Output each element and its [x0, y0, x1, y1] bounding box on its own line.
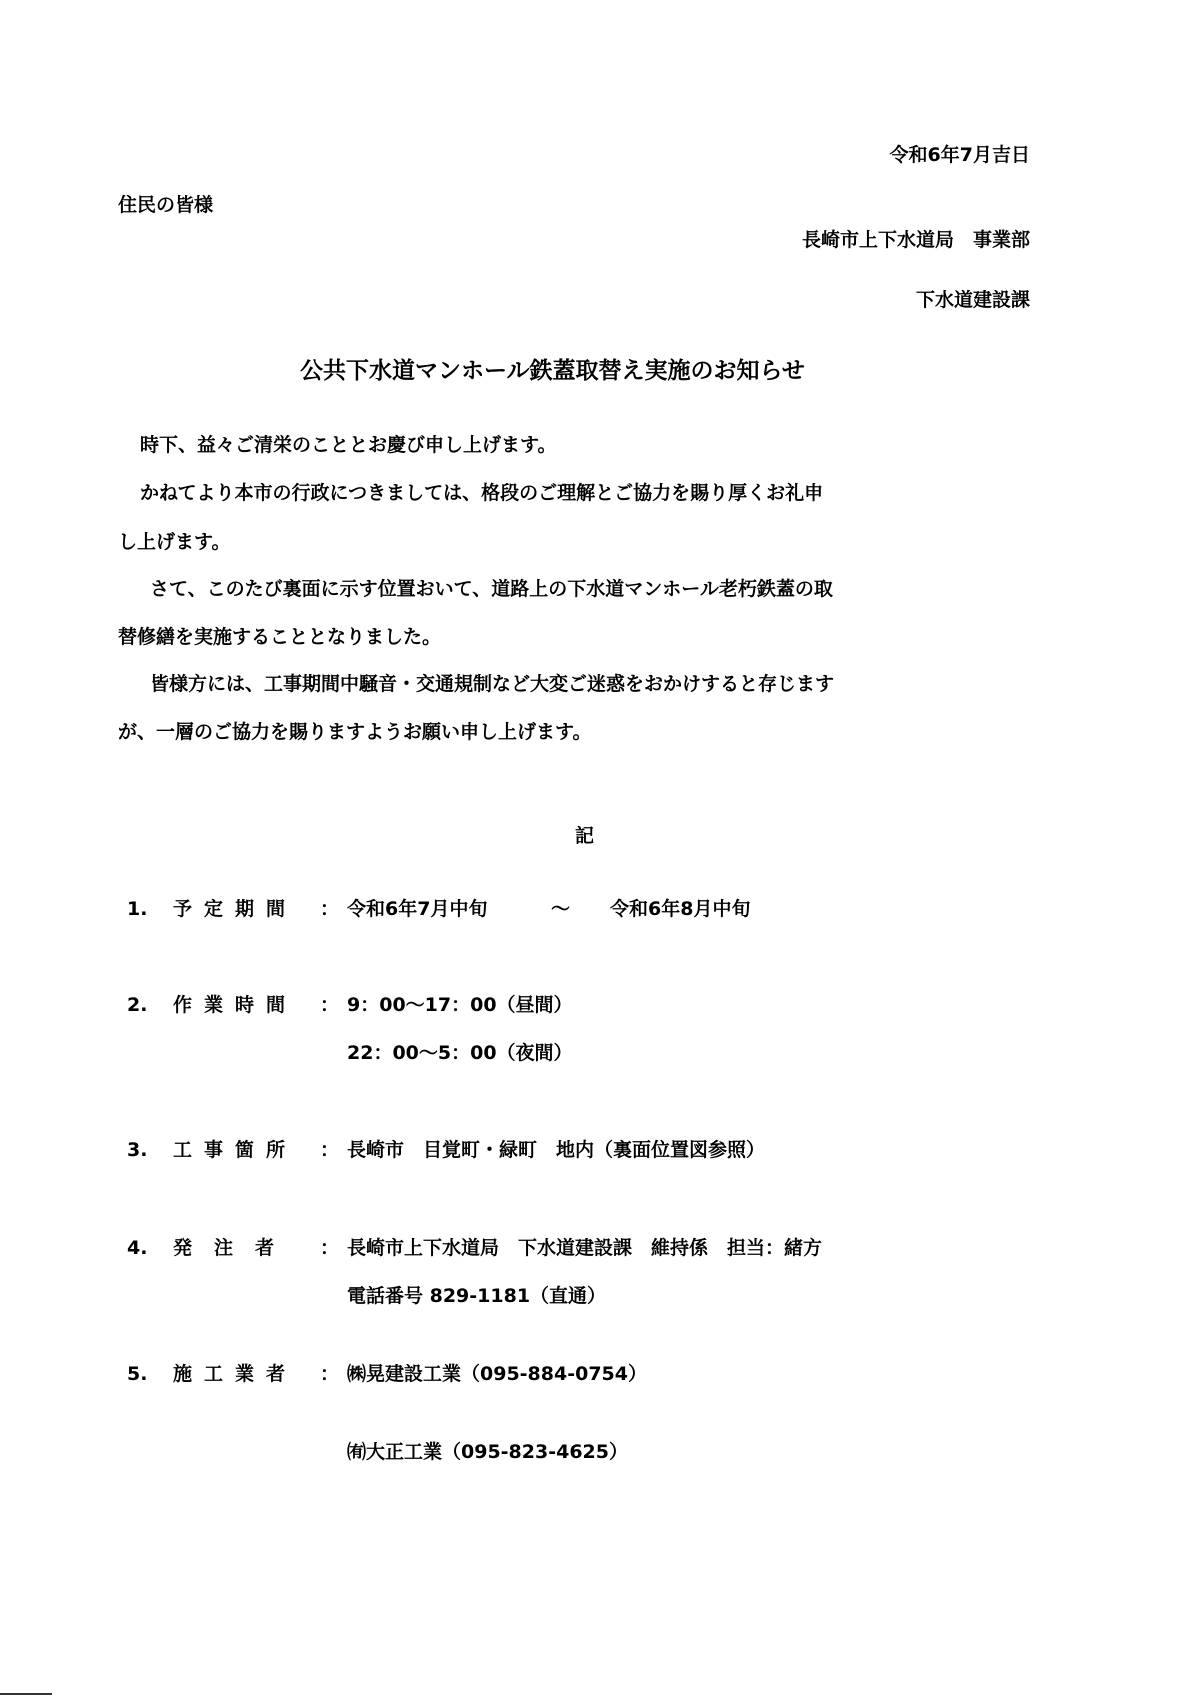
work-hours-night: 22：00～5：00（夜間） [347, 1041, 573, 1065]
contractor-1: ㈱晃建設工業（095-884-0754） [347, 1362, 647, 1386]
item-label: 予定期間 [173, 897, 297, 921]
item-number: 5. [127, 1362, 147, 1386]
contractor-2: ㈲大正工業（095-823-4625） [347, 1440, 628, 1464]
body-line: が、一層のご協力を賜りますようお願い申し上げます。 [118, 720, 591, 744]
item-number: 2. [127, 993, 147, 1017]
addressee: 住民の皆様 [118, 193, 213, 217]
client-phone: 電話番号 829-1181（直通） [347, 1284, 606, 1308]
ki-heading: 記 [575, 824, 594, 848]
client-name: 長崎市上下水道局 下水道建設課 維持係 担当：緒方 [347, 1236, 822, 1260]
body-line: かねてより本市の行政につきましては、格段のご理解とご協力を賜り厚くお礼申 [140, 481, 823, 505]
work-hours-day: 9：00～17：00（昼間） [347, 993, 573, 1017]
item-label: 作業時間 [173, 993, 297, 1017]
item-label: 工事箇所 [173, 1138, 297, 1162]
item-colon: ： [320, 993, 339, 1017]
item-number: 1. [127, 897, 147, 921]
document-title: 公共下水道マンホール鉄蓋取替え実施のお知らせ [300, 358, 805, 384]
body-line: さて、このたび裏面に示す位置おいて、道路上の下水道マンホール老朽鉄蓋の取 [150, 577, 833, 601]
document-date: 令和6年7月吉日 [890, 143, 1030, 167]
sender-organization: 長崎市上下水道局 事業部 [802, 228, 1030, 252]
item-number: 3. [127, 1138, 147, 1162]
item-label: 施工業者 [173, 1362, 297, 1386]
period-end: 令和6年8月中旬 [610, 897, 750, 921]
item-colon: ： [320, 1138, 339, 1162]
item-colon: ： [320, 1236, 339, 1260]
body-line: 時下、益々ご清栄のこととお慶び申し上げます。 [140, 433, 556, 457]
item-label: 発注者 [173, 1236, 296, 1260]
site-location: 長崎市 目覚町・緑町 地内（裏面位置図参照） [347, 1138, 765, 1162]
scan-edge-mark [0, 1693, 52, 1695]
sender-department: 下水道建設課 [916, 288, 1030, 312]
item-colon: ： [320, 897, 339, 921]
body-line: 替修繕を実施することとなりました。 [118, 625, 441, 649]
body-line: 皆様方には、工事期間中騒音・交通規制など大変ご迷惑をおかけすると存じます [150, 672, 834, 696]
item-colon: ： [320, 1362, 339, 1386]
period-tilde: ～ [551, 897, 570, 921]
body-line: し上げます。 [118, 530, 230, 554]
item-number: 4. [127, 1236, 147, 1260]
period-start: 令和6年7月中旬 [347, 897, 487, 921]
